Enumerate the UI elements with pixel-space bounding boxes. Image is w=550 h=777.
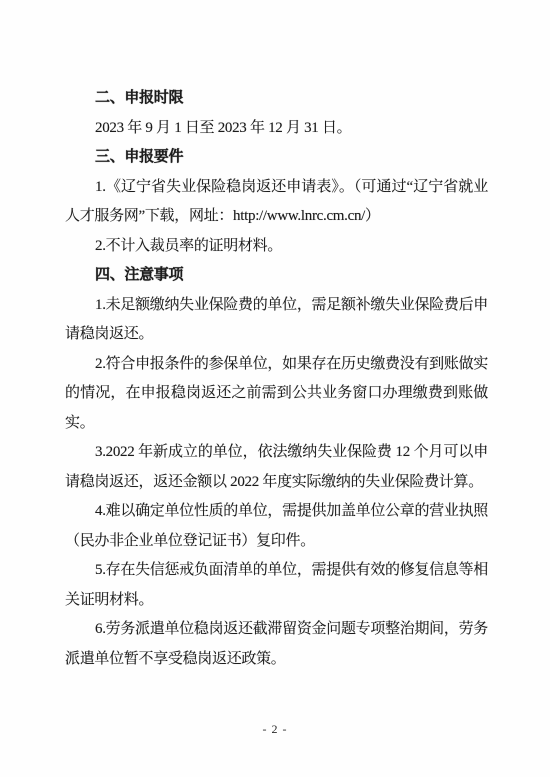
- paragraph-note-2-historical-payments: 2.符合申报条件的参保单位，如果存在历史缴费没有到账做实的情况，在申报稳岗返还之…: [65, 350, 488, 439]
- paragraph-note-6-labor-dispatch: 6.劳务派遣单位稳岗返还截滞留资金问题专项整治期间，劳务派遣单位暂不享受稳岗返还…: [65, 615, 488, 674]
- paragraph-requirement-1-application-form: 1.《辽宁省失业保险稳岗返还申请表》。（可通过“辽宁省就业人才服务网”下载，网址…: [65, 173, 488, 232]
- page-number: - 2 -: [0, 722, 550, 737]
- document-page: 二、申报时限 2023 年 9 月 1 日至 2023 年 12 月 31 日。…: [0, 0, 550, 777]
- paragraph-requirement-2-layoff-proof: 2.不计入裁员率的证明材料。: [65, 232, 488, 262]
- paragraph-deadline-dates: 2023 年 9 月 1 日至 2023 年 12 月 31 日。: [65, 114, 488, 144]
- paragraph-note-5-credit-blacklist: 5.存在失信惩戒负面清单的单位，需提供有效的修复信息等相关证明材料。: [65, 556, 488, 615]
- paragraph-note-1-underpaid-premiums: 1.未足额缴纳失业保险费的单位，需足额补缴失业保险费后申请稳岗返还。: [65, 291, 488, 350]
- document-body: 二、申报时限 2023 年 9 月 1 日至 2023 年 12 月 31 日。…: [65, 84, 488, 674]
- section-heading-declaration-deadline: 二、申报时限: [65, 84, 488, 114]
- section-heading-declaration-requirements: 三、申报要件: [65, 143, 488, 173]
- paragraph-note-4-business-license: 4.难以确定单位性质的单位，需提供加盖单位公章的营业执照（民办非企业单位登记证书…: [65, 497, 488, 556]
- section-heading-notes: 四、注意事项: [65, 261, 488, 291]
- paragraph-note-3-new-units-2022: 3.2022 年新成立的单位，依法缴纳失业保险费 12 个月可以申请稳岗返还，返…: [65, 438, 488, 497]
